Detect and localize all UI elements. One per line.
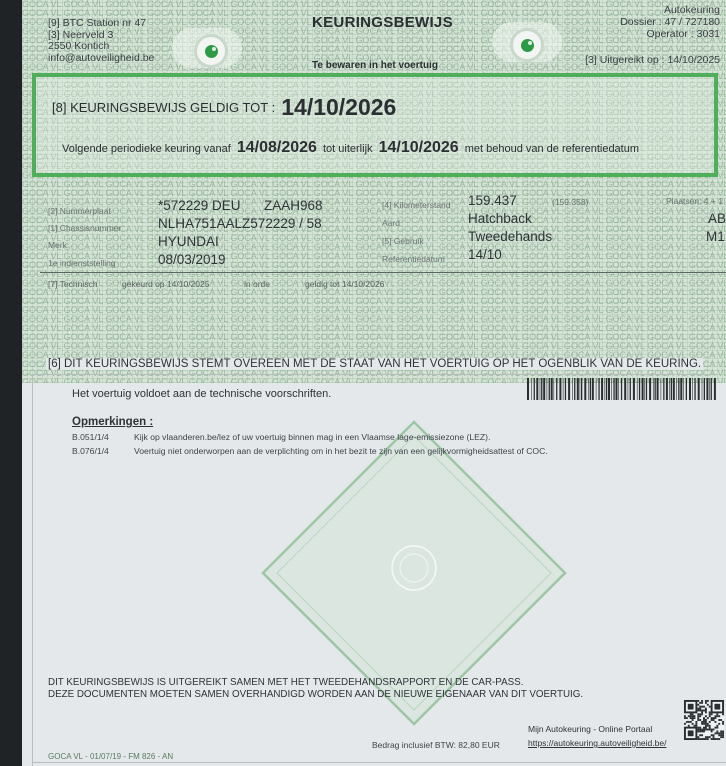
- validity-label: [8] KEURINGSBEWIJS GELDIG TOT :: [52, 100, 275, 115]
- previous-mileage: (159.358): [552, 197, 588, 207]
- remark-text: Voertuig niet onderworpen aan de verplic…: [134, 446, 548, 456]
- form-code: GOCA VL - 01/07/19 - FM 826 - AN: [48, 752, 173, 761]
- eye-logo-icon: [510, 28, 544, 62]
- transfer-notice: DIT KEURINGSBEWIJS IS UITGEREIKT SAMEN M…: [48, 677, 583, 701]
- validity-line: [8] KEURINGSBEWIJS GELDIG TOT :14/10/202…: [52, 94, 396, 121]
- type-value: Hatchback: [468, 211, 532, 226]
- station-address: [9] BTC Station nr 47 [3] Neerveld 3 255…: [48, 18, 154, 64]
- brand-label: Merk: [48, 240, 67, 250]
- document-title: KEURINGSBEWIJS: [312, 14, 453, 31]
- next-inspection-line: Volgende periodieke keuring vanaf 14/08/…: [62, 139, 639, 157]
- operator-number: Operator : 3031: [620, 28, 720, 40]
- barcode-icon: [527, 378, 717, 400]
- reference-date-value: 14/10: [468, 247, 502, 262]
- technical-label: [7] Technisch: [48, 279, 97, 289]
- company-name: Autokeuring: [620, 4, 720, 16]
- next-inspection-until: 14/10/2026: [379, 139, 459, 156]
- technical-valid-until: geldig tot 14/10/2026: [305, 279, 384, 289]
- inspection-result: Het voertuig voldoet aan de technische v…: [72, 388, 331, 400]
- seats: Plaatsen: 4 + 1: [666, 196, 723, 206]
- validity-box: [8] KEURINGSBEWIJS GELDIG TOT :14/10/202…: [32, 73, 718, 177]
- plate-extra: ZAAH968: [264, 198, 323, 213]
- eye-logo-icon: [194, 34, 228, 68]
- inspection-certificate: GOCA VL GOCA VL GOCA VL GOCA VL GOCA VL …: [22, 0, 726, 766]
- reference-date-label: Referentiedatum: [382, 254, 445, 264]
- dossier-info: Autokeuring Dossier : 47 / 727180 Operat…: [620, 4, 720, 40]
- remark-text: Kijk op vlaanderen.be/lez of uw voertuig…: [134, 432, 490, 442]
- qr-code-icon[interactable]: [684, 700, 724, 740]
- issue-date: [3] Uitgereikt op : 14/10/2025: [585, 54, 720, 66]
- license-category: AB: [708, 211, 726, 226]
- type-label: Aard: [382, 218, 400, 228]
- station-name: [9] BTC Station nr 47: [48, 18, 154, 30]
- brand-value: HYUNDAI: [158, 234, 219, 249]
- next-mid: tot uiterlijk: [323, 143, 373, 155]
- plate-value: *572229 DEU: [158, 198, 241, 213]
- remark-code: B.076/1/4: [72, 446, 134, 456]
- notice-line-2: DEZE DOCUMENTEN MOETEN SAMEN OVERHANDIGD…: [48, 689, 583, 701]
- chassis-value: NLHA751AALZ572229 / 58: [158, 216, 322, 231]
- station-city: 2550 Kontich: [48, 41, 154, 53]
- mileage-label: [4] Kilometerstand: [382, 200, 451, 210]
- station-email: info@autoveiligheid.be: [48, 53, 154, 65]
- portal-title: Mijn Autokeuring - Online Portaal: [528, 724, 652, 734]
- technical-inspected: gekeurd op 14/10/2025: [122, 279, 209, 289]
- valid-until-date: 14/10/2026: [281, 94, 396, 120]
- chassis-label: [1] Chassisnummer: [48, 223, 121, 233]
- remark-item: B.076/1/4Voertuig niet onderworpen aan d…: [72, 446, 548, 456]
- document-subtitle: Te bewaren in het voertuig: [312, 60, 438, 71]
- plate-label: [2] Nummerplaat: [48, 206, 111, 216]
- dossier-number: Dossier : 47 / 727180: [620, 16, 720, 28]
- technical-status: in orde: [244, 279, 270, 289]
- portal-link[interactable]: https://autokeuring.autoveiligheid.be/: [528, 738, 666, 748]
- usage-label: [5] Gebruik: [382, 236, 424, 246]
- vehicle-category: M1: [706, 229, 725, 244]
- amount-incl-vat: Bedrag inclusief BTW: 82,80 EUR: [372, 740, 500, 750]
- usage-value: Tweedehands: [468, 229, 552, 244]
- conformity-statement: [6] DIT KEURINGSBEWIJS STEMT OVEREEN MET…: [46, 358, 703, 370]
- bottom-divider: [32, 762, 726, 763]
- first-registration-label: 1e indienststelling: [48, 258, 116, 268]
- next-suffix: met behoud van de referentiedatum: [465, 143, 639, 155]
- next-inspection-from: 14/08/2026: [237, 139, 317, 156]
- notice-line-1: DIT KEURINGSBEWIJS IS UITGEREIKT SAMEN M…: [48, 677, 583, 689]
- divider: [40, 272, 726, 273]
- remark-code: B.051/1/4: [72, 432, 134, 442]
- remark-item: B.051/1/4Kijk op vlaanderen.be/lez of uw…: [72, 432, 490, 442]
- first-registration-value: 08/03/2019: [158, 252, 226, 267]
- remarks-title: Opmerkingen :: [72, 416, 153, 428]
- mileage-value: 159.437: [468, 193, 517, 208]
- next-prefix: Volgende periodieke keuring vanaf: [62, 143, 231, 155]
